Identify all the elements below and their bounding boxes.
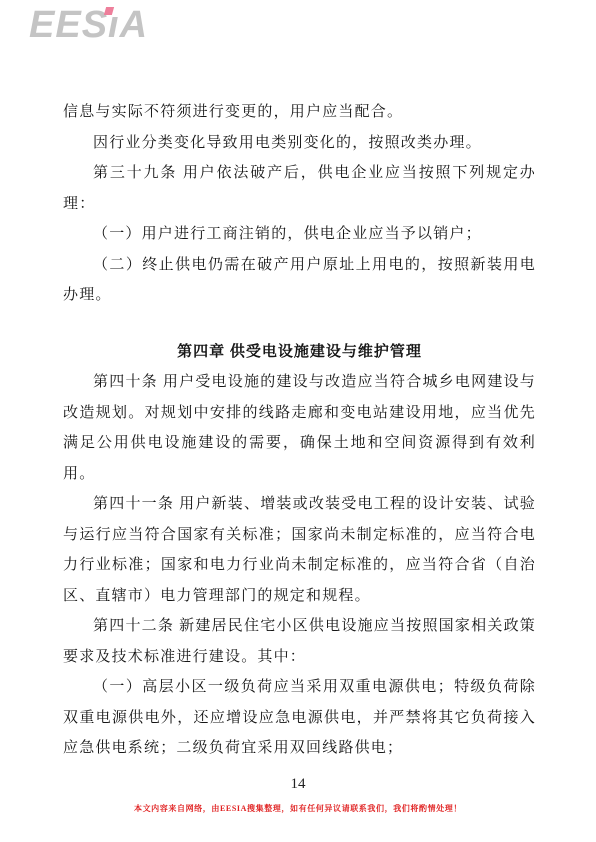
paragraph: 第四十条 用户受电设施的建设与改造应当符合城乡电网建设与改造规划。对规划中安排的…	[63, 367, 536, 489]
paragraph: 信息与实际不符须进行变更的，用户应当配合。	[63, 97, 536, 128]
document-page: EESıA 信息与实际不符须进行变更的，用户应当配合。因行业分类变化导致用电类别…	[0, 0, 596, 842]
paragraph: （一）用户进行工商注销的，供电企业应当予以销户；	[63, 219, 536, 250]
logo-text-pre: EES	[29, 4, 108, 46]
paragraph: （一）高层小区一级负荷应当采用双重电源供电；特级负荷除双重电源供电外，还应增设应…	[63, 672, 536, 764]
paragraph: 因行业分类变化导致用电类别变化的，按照改类办理。	[63, 128, 536, 159]
footer-notice: 本文内容来自网络，由EESIA搜集整理，如有任何异议请联系我们，我们将酌情处理！	[0, 803, 596, 814]
paragraph: 第四十一条 用户新装、增装或改装受电工程的设计安装、试验与运行应当符合国家有关标…	[63, 489, 536, 611]
logo-text-post: A	[120, 4, 148, 46]
chapter-heading: 第四章 供受电设施建设与维护管理	[63, 337, 536, 368]
logo: EESıA	[29, 4, 148, 50]
paragraph: 第四十二条 新建居民住宅小区供电设施应当按照国家相关政策要求及技术标准进行建设。…	[63, 611, 536, 672]
paragraph: 第三十九条 用户依法破产后，供电企业应当按照下列规定办理：	[63, 158, 536, 219]
document-body: 信息与实际不符须进行变更的，用户应当配合。因行业分类变化导致用电类别变化的，按照…	[63, 97, 536, 764]
paragraph: （二）终止供电仍需在破产用户原址上用电的，按照新装用电办理。	[63, 250, 536, 311]
page-number: 14	[0, 776, 596, 793]
